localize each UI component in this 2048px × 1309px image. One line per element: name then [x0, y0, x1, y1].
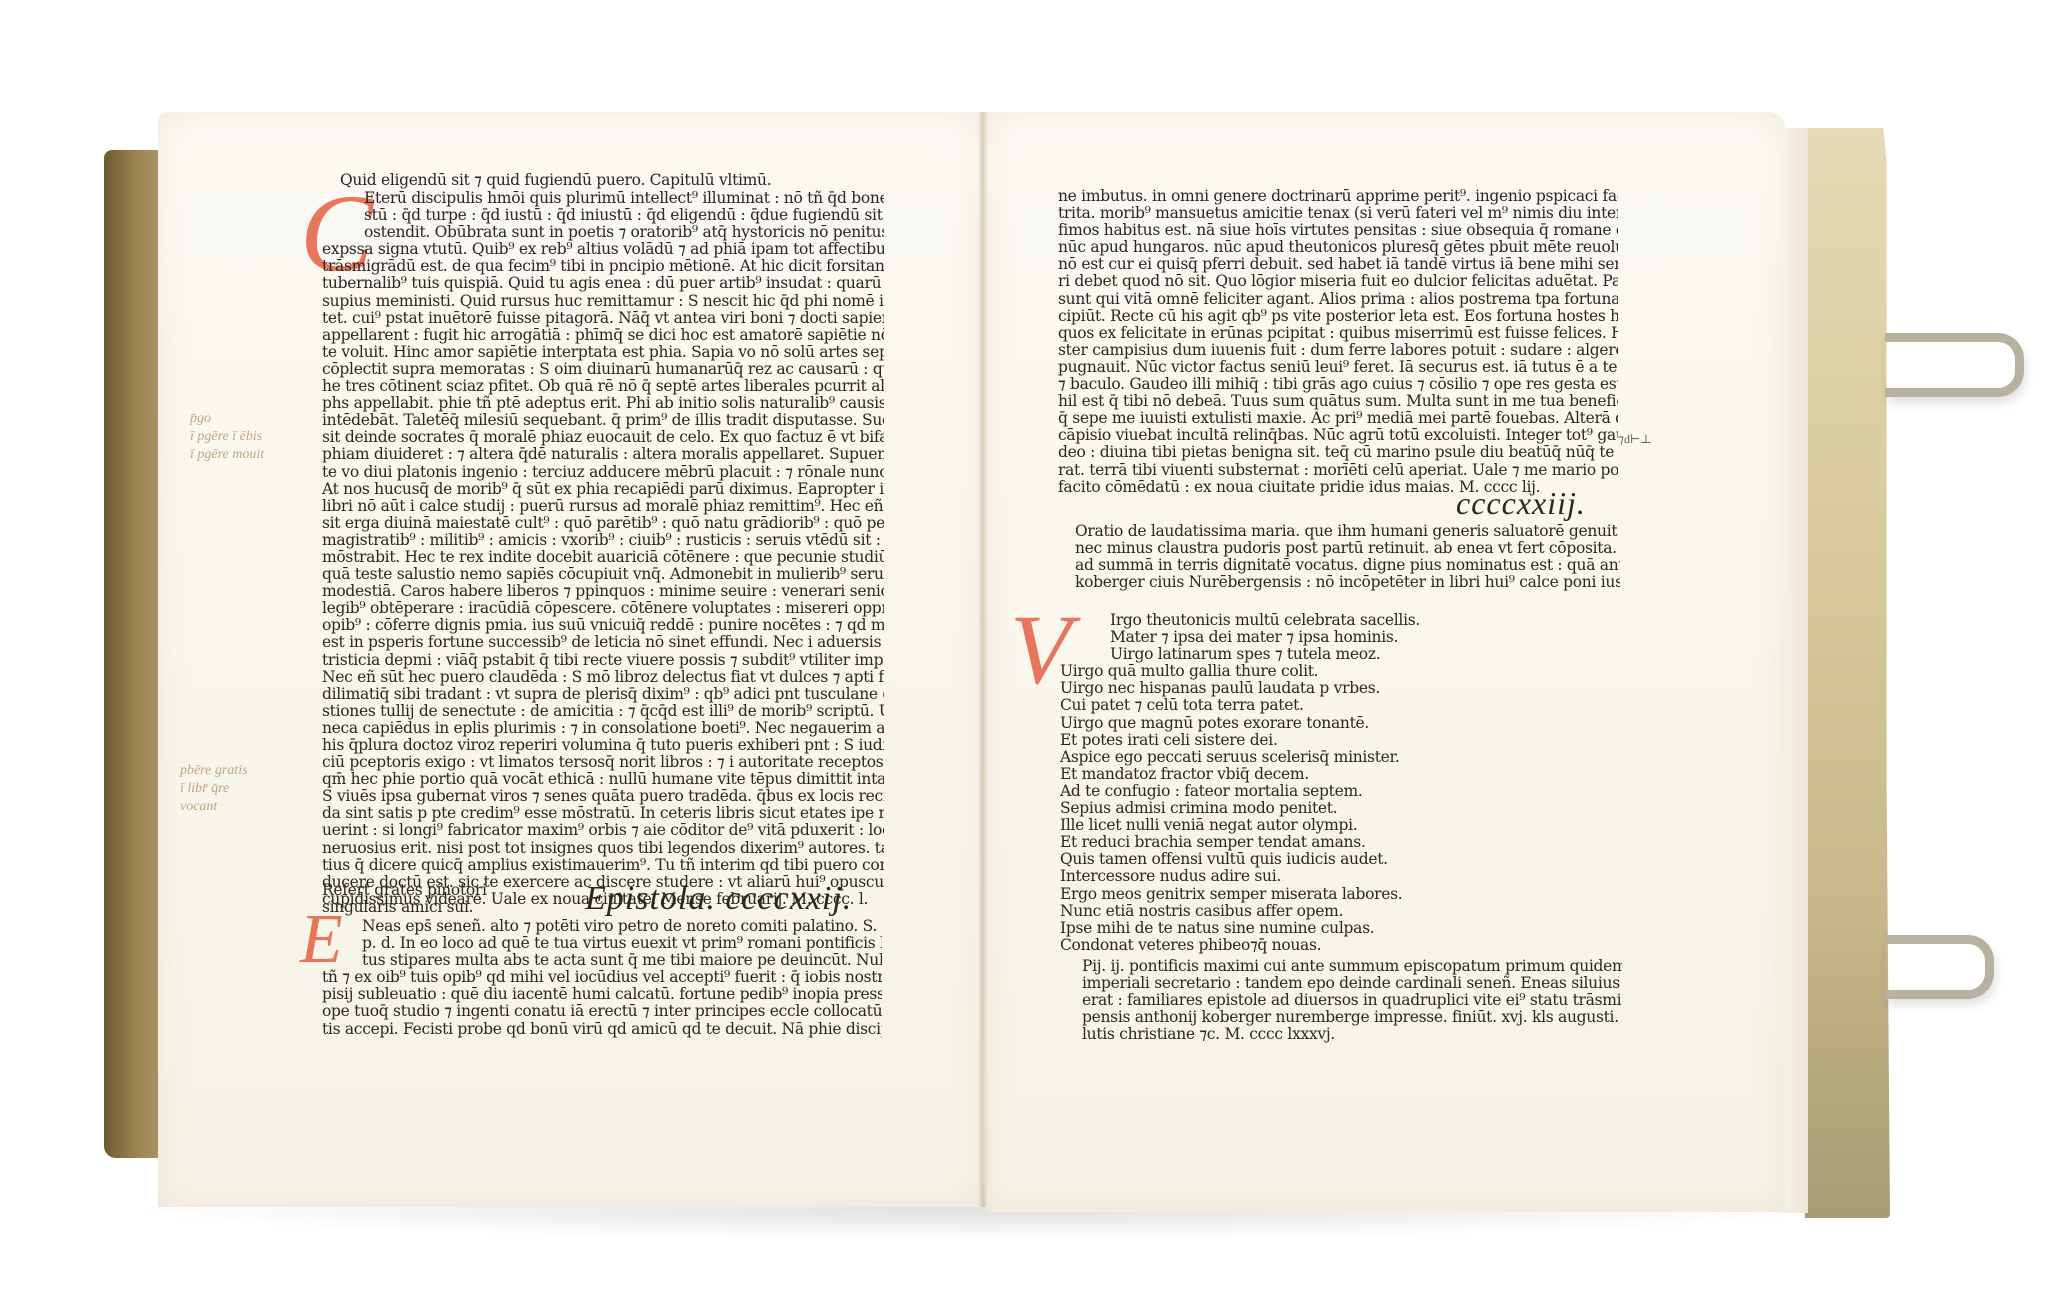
- text-line: Nec eñ sūt hec puero claudēda : S mō lib…: [322, 669, 884, 686]
- text-line: cāpisio viuebat incultā relinq̄bas. Nūc …: [1058, 427, 1618, 444]
- text-line: ster campisius dum iuuenis fuit : dum fe…: [1058, 342, 1618, 359]
- text-line: q̄ sepe me iuuisti extulisti maxie. Ac p…: [1058, 410, 1618, 427]
- text-line: his q̄plura doctoz viroz reperiri volumi…: [322, 737, 884, 754]
- text-line: te vo diui platonis ingenio : terciuz ad…: [322, 464, 884, 481]
- epistola-heading: Epistola. ccccxxij.: [585, 880, 852, 918]
- text-line: pensis anthonij koberger nuremberge impr…: [1082, 1009, 1622, 1026]
- text-line: supius meministi. Quid rursus huc remitt…: [322, 293, 884, 310]
- text-line: ri debet quod nō sit. Quo lōgior miseria…: [1058, 273, 1618, 290]
- text-line: Mater ⁊ ipsa dei mater ⁊ ipsa hominis.: [1060, 629, 1420, 646]
- text-line: Ergo meos genitrix semper miserata labor…: [1060, 886, 1420, 903]
- text-line: ad summā in terris dignitatē vocatus. di…: [1075, 557, 1620, 574]
- text-line: At nos hucusq̄ de morib⁹ q̄ sūt ex phia …: [322, 481, 884, 498]
- oratio-heading-text: Oratio de laudatissima maria. que ihm hu…: [1075, 523, 1620, 591]
- text-line: erat : familiares epistole ad diuersos i…: [1082, 992, 1622, 1009]
- letter-text: Neas eps̄ seneñ. alto ⁊ potēti viro petr…: [322, 918, 882, 1038]
- text-line: qm̄ hec phie portio quā vocāt ethicā : n…: [322, 771, 884, 788]
- text-line: expssa signa vtutū. Quib⁹ ex reb⁹ altius…: [322, 241, 884, 258]
- text-line: intēdebāt. Taletēq̄ milesiū sequebant̄. …: [322, 412, 884, 429]
- text-line: pisij subleuatio : quē diu iacentē humi …: [322, 986, 882, 1003]
- text-line: dilimatiq̄ sibi tradant̄ : vt supra de p…: [322, 686, 884, 703]
- text-line: phiam diuideret : ⁊ altera q̄dē naturali…: [322, 446, 884, 463]
- text-line: stū : q̄d turpe : q̄d iustū : q̄d iniust…: [364, 207, 884, 224]
- text-line: ⊥: [1640, 432, 1651, 446]
- text-line: da sint satis p pte credim⁹ esse mōstrat…: [322, 805, 884, 822]
- text-line: Et reduci brachia semper tendat amans.: [1060, 834, 1420, 851]
- text-line: Quis tamen offensi vultū quis iudicis au…: [1060, 851, 1420, 868]
- text-line: deo : diuina tibi pietas benigna sit. te…: [1058, 444, 1618, 461]
- text-line: lutis christiane ⁊c. M. cccc lxxxvj.: [1082, 1026, 1622, 1043]
- closing-note: Refert grates pinotori singularis amici …: [322, 882, 487, 916]
- colophon-text: Pij. ij. pontificis maximi cui ante summ…: [1082, 958, 1622, 1043]
- text-line: trita. morib⁹ mansuetus amicitie tenax (…: [1058, 205, 1618, 222]
- text-line: Oratio de laudatissima maria. que ihm hu…: [1075, 523, 1620, 540]
- text-line: nō est cur ei quisq̄ pferri debuit. sed …: [1058, 256, 1618, 273]
- text-line: Uirgo latinarum spes ⁊ tutela meoz.: [1060, 646, 1420, 663]
- text-line: te voluit. Hinc amor sapiētie interptata…: [322, 344, 884, 361]
- text-line: Condonat veteres phibeo⁊q̄ nouas.: [1060, 937, 1420, 954]
- text-line: S viuēs ipsa gubernat viros ⁊ senes quāt…: [322, 788, 884, 805]
- text-line: Eterū discipulis hmōi quis plurimū intel…: [364, 190, 884, 207]
- chapter-heading: Quid eligendū sit ⁊ quid fugiendū puero.…: [340, 172, 771, 189]
- text-line: stiones tullij de senectute : de amiciti…: [322, 703, 884, 720]
- text-line: Pij. ij. pontificis maximi cui ante summ…: [1082, 958, 1622, 975]
- text-line: Aspice ego peccati seruus scelerisq̄ min…: [1060, 749, 1420, 766]
- text-line: imperiali secretario : tandem epo deinde…: [1082, 975, 1622, 992]
- text-line: Nunc etiā nostris casibus affer opem.: [1060, 903, 1420, 920]
- text-line: tis accepi. Fecisti probe qd bonū virū q…: [322, 1021, 882, 1038]
- text-line: tñ ⁊ ex oib⁹ tuis opib⁹ qd mihi vel iocū…: [322, 969, 882, 986]
- text-line: quos ex felicitate in erūnas pcipitat : …: [1058, 325, 1618, 342]
- vellum-binding-right: [1805, 128, 1890, 1218]
- text-line: koberger ciuis Nurēbergensis : nō incōpe…: [1075, 574, 1620, 591]
- text-line: Et mandatoz fractor vbiq̄ decem.: [1060, 766, 1420, 783]
- text-line: uerint : si longi⁹ fabricator maxim⁹ orb…: [322, 822, 884, 839]
- text-line: Uirgo quā multo gallia thure colit.: [1060, 663, 1420, 680]
- gutter: [978, 112, 988, 1207]
- text-line: ⁊ baculo. Gaudeo illi mihiq̄ : tibi grās…: [1058, 376, 1618, 393]
- margin-marks: ⁊d⊢⊥: [1618, 430, 1652, 448]
- text-line: quā teste salustio nemo sapiēs cōcupiuit…: [322, 566, 884, 583]
- text-line: libri nō aūt i calce studij : puerū rurs…: [322, 498, 884, 515]
- fabric-tie-lower: [1885, 935, 1994, 999]
- text-line: fimos habitus est. nā siue hoīs virtutes…: [1058, 222, 1618, 239]
- text-line: ostendit. Obūbrata sunt in poetis ⁊ orat…: [364, 224, 884, 241]
- marginalia-annotation-2: pbēre gratis ī libr̄ q̄re vocant: [180, 762, 248, 816]
- text-line: tristicia depmi : viāq̄ pstabit q̄ tibi …: [322, 652, 884, 669]
- text-line: nec minus claustra pudoris post partū re…: [1075, 540, 1620, 557]
- text-line: magistratib⁹ : militib⁹ : amicis : vxori…: [322, 532, 884, 549]
- text-line: ope tuoq̄ studio ⁊ ingenti conatu iā ere…: [322, 1003, 882, 1020]
- text-line: Intercessore nudus adire sui.: [1060, 868, 1420, 885]
- text-line: mōstrabit. Hec te rex indite docebit aua…: [322, 549, 884, 566]
- text-line: neruosius erit. nisi post tot insignes q…: [322, 840, 884, 857]
- text-line: tet. cui⁹ pstat inuētorē fuisse pitagorā…: [322, 310, 884, 327]
- text-line: Irgo theutonicis multū celebrata sacelli…: [1060, 612, 1420, 629]
- left-body-text: Eterū discipulis hmōi quis plurimū intel…: [322, 190, 884, 908]
- text-line: neca capiēdus in eplis plurimis : ⁊ in c…: [322, 720, 884, 737]
- text-line: opib⁹ : cōferre dignis pmia. ius suū vni…: [322, 617, 884, 634]
- text-line: ⊢: [1630, 432, 1640, 446]
- right-body-text: ne imbutus. in omni genere doctrinarū ap…: [1058, 188, 1618, 496]
- text-line: est in psperis fortune successib⁹ de let…: [322, 634, 884, 651]
- text-line: he tres cōtinent̄ sciaz pfitet̄. Ob quā …: [322, 378, 884, 395]
- text-line: Ad te confugio : fateor mortalia septem.: [1060, 783, 1420, 800]
- text-line: appellarent̄ : fugit hic arrogātiā : phī…: [322, 327, 884, 344]
- fabric-tie-upper: [1885, 333, 2024, 397]
- text-line: Ipse mihi de te natus sine numine culpas…: [1060, 920, 1420, 937]
- text-line: Uirgo que magnū potes exorare tonantē.: [1060, 715, 1420, 732]
- text-line: sunt qui vitā omnē feliciter agant. Alio…: [1058, 291, 1618, 308]
- text-line: Uirgo nec hispanas paulū laudata p vrbes…: [1060, 680, 1420, 697]
- epistola-number-heading: ccccxxiij.: [1456, 485, 1586, 522]
- text-line: legib⁹ obtēperare : iracūdiā cōpescere. …: [322, 600, 884, 617]
- text-line: sit deinde socrates q̄ moralē phiaz euoc…: [322, 429, 884, 446]
- text-line: phs appellabit̄. phie tñ ptē adeptus eri…: [322, 395, 884, 412]
- text-line: p. d. In eo loco ad quē te tua virtus eu…: [322, 935, 882, 952]
- text-line: modestiā. Caros habere liberos ⁊ ppinquo…: [322, 583, 884, 600]
- text-line: Cui patet ⁊ celū tota terra patet.: [1060, 697, 1420, 714]
- text-line: trāsmigrādū est. de qua fecim⁹ tibi in p…: [322, 258, 884, 275]
- text-line: tus stipares multa abs te acta sunt q̄ m…: [322, 952, 882, 969]
- text-line: pugnauit. Nūc victor factus seniū leui⁹ …: [1058, 359, 1618, 376]
- marginalia-annotation-1: p̄go ī pgēre ī ēbis ī pgēre mouit: [190, 410, 264, 464]
- text-line: sit erga diuinā maiestatē cult⁹ : quō pa…: [322, 515, 884, 532]
- text-line: ciū pceptoris exigo : vt limatos tersosq…: [322, 754, 884, 771]
- text-line: cipiūt. Recte cū his agit̄ qb⁹ ps vite p…: [1058, 308, 1618, 325]
- text-line: Neas eps̄ seneñ. alto ⁊ potēti viro petr…: [322, 918, 882, 935]
- text-line: Ille licet nulli veniā negat autor olymp…: [1060, 817, 1420, 834]
- text-line: cōplectit̄ supra memoratas : S oim diuin…: [322, 361, 884, 378]
- text-line: ne imbutus. in omni genere doctrinarū ap…: [1058, 188, 1618, 205]
- text-line: tubernalib⁹ tuis quispiā. Quid tu agis e…: [322, 275, 884, 292]
- text-line: Et potes irati celi sistere dei.: [1060, 732, 1420, 749]
- text-line: tius q̄ dicere quicq̄ amplius existimaue…: [322, 857, 884, 874]
- text-line: hil est q̄ tibi nō debeā. Tuus sum quātu…: [1058, 393, 1618, 410]
- poem-text: Irgo theutonicis multū celebrata sacelli…: [1060, 612, 1420, 954]
- text-line: nūc apud hungaros. nūc apud theutonicos …: [1058, 239, 1618, 256]
- text-line: Sepius admisi crimina modo penitet.: [1060, 800, 1420, 817]
- text-line: rat. terrā tibi viuenti substernat : mor…: [1058, 462, 1618, 479]
